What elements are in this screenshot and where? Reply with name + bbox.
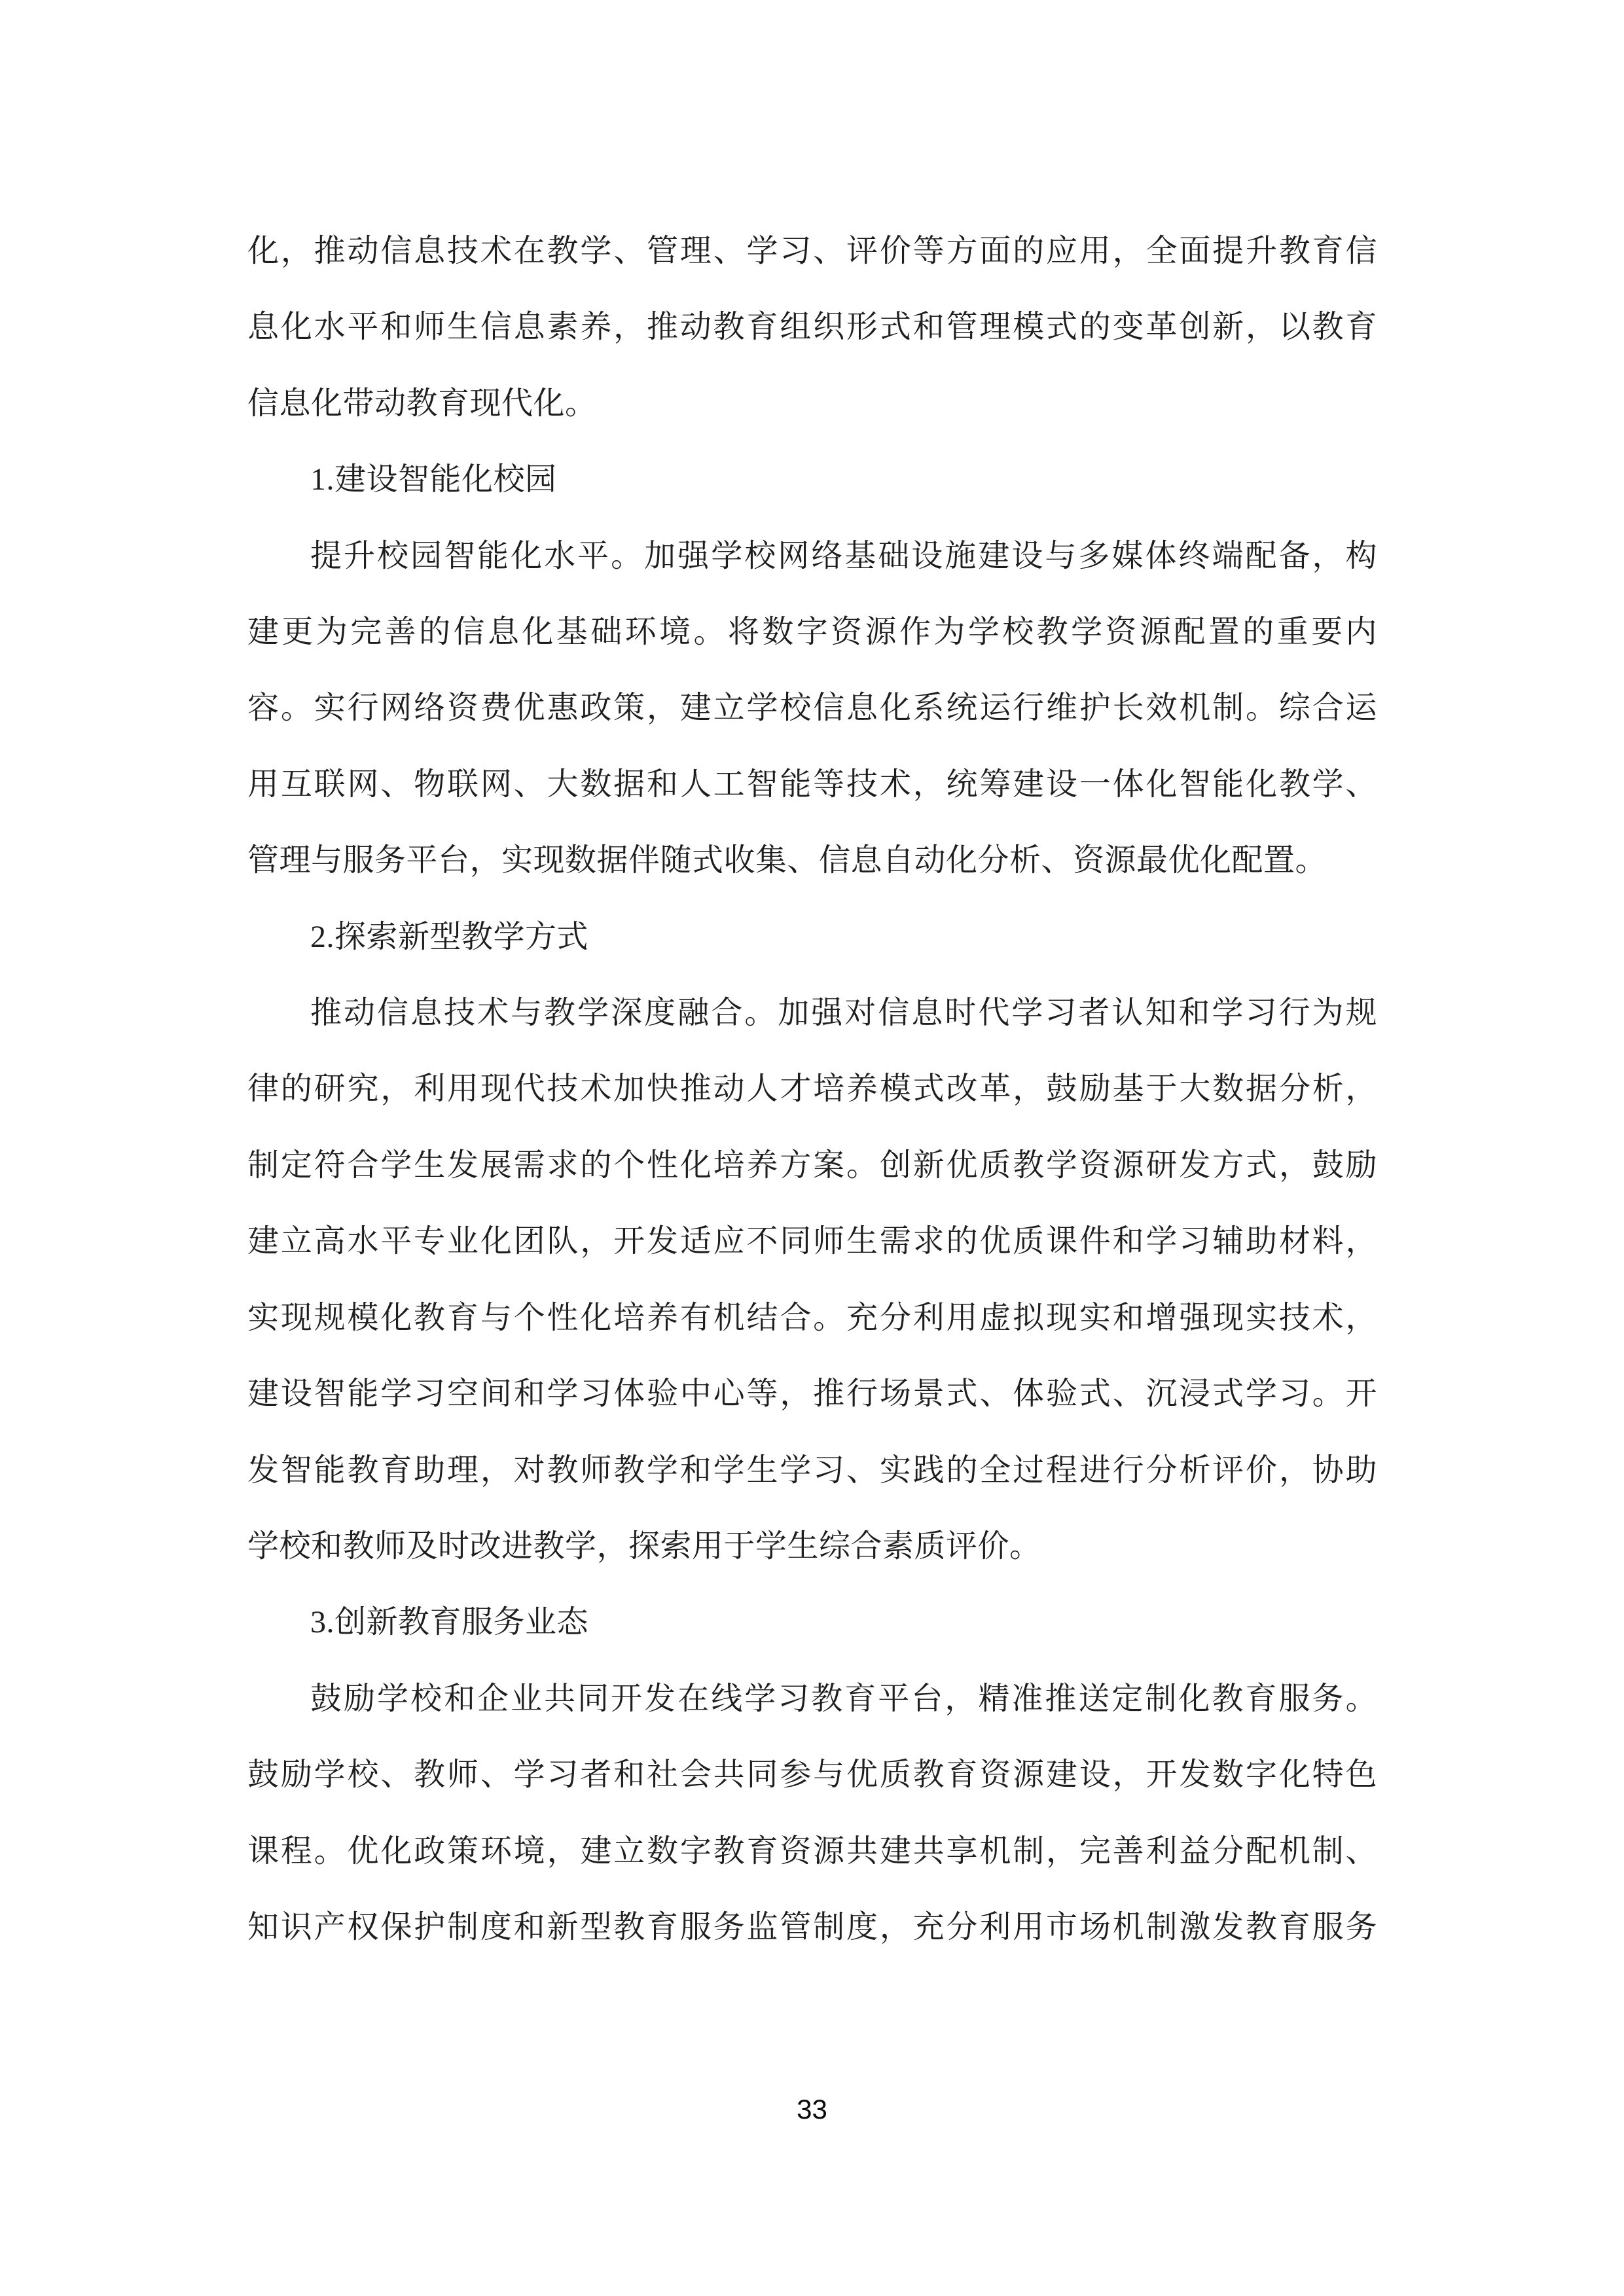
text-block: 化，推动信息技术在教学、管理、学习、评价等方面的应用，全面提升教育信息化水平和师… — [247, 213, 1377, 1965]
body-text-line: 容。实行网络资费优惠政策，建立学校信息化系统运行维护长效机制。综合运 — [247, 670, 1377, 746]
body-text-line: 用互联网、物联网、大数据和人工智能等技术，统筹建设一体化智能化教学、 — [247, 747, 1377, 823]
document-page: 化，推动信息技术在教学、管理、学习、评价等方面的应用，全面提升教育信息化水平和师… — [0, 0, 1624, 2296]
body-text-line: 课程。优化政策环境，建立数字教育资源共建共享机制，完善利益分配机制、 — [247, 1814, 1377, 1890]
body-text-line: 知识产权保护制度和新型教育服务监管制度，充分利用市场机制激发教育服务 — [247, 1890, 1377, 1965]
body-text-line: 实现规模化教育与个性化培养有机结合。充分利用虚拟现实和增强现实技术， — [247, 1280, 1377, 1356]
body-text-line: 推动信息技术与教学深度融合。加强对信息时代学习者认知和学习行为规 — [247, 975, 1377, 1051]
section-heading: 3.创新教育服务业态 — [247, 1585, 1377, 1660]
body-text-line: 学校和教师及时改进教学，探索用于学生综合素质评价。 — [247, 1509, 1377, 1585]
body-text-line: 发智能教育助理，对教师教学和学生学习、实践的全过程进行分析评价，协助 — [247, 1433, 1377, 1509]
body-text-line: 化，推动信息技术在教学、管理、学习、评价等方面的应用，全面提升教育信 — [247, 213, 1377, 289]
body-text-line: 建更为完善的信息化基础环境。将数字资源作为学校教学资源配置的重要内 — [247, 594, 1377, 670]
body-text-line: 鼓励学校和企业共同开发在线学习教育平台，精准推送定制化教育服务。 — [247, 1661, 1377, 1737]
body-text-line: 制定符合学生发展需求的个性化培养方案。创新优质教学资源研发方式，鼓励 — [247, 1128, 1377, 1204]
section-heading: 1.建设智能化校园 — [247, 442, 1377, 518]
body-text-line: 鼓励学校、教师、学习者和社会共同参与优质教育资源建设，开发数字化特色 — [247, 1737, 1377, 1813]
page-number: 33 — [0, 2093, 1624, 2126]
body-text-line: 信息化带动教育现代化。 — [247, 366, 1377, 442]
body-text-line: 建设智能学习空间和学习体验中心等，推行场景式、体验式、沉浸式学习。开 — [247, 1356, 1377, 1432]
section-heading: 2.探索新型教学方式 — [247, 899, 1377, 975]
body-text-line: 建立高水平专业化团队，开发适应不同师生需求的优质课件和学习辅助材料， — [247, 1204, 1377, 1280]
body-text-line: 管理与服务平台，实现数据伴随式收集、信息自动化分析、资源最优化配置。 — [247, 823, 1377, 899]
body-text-line: 律的研究，利用现代技术加快推动人才培养模式改革，鼓励基于大数据分析， — [247, 1051, 1377, 1127]
body-text-line: 息化水平和师生信息素养，推动教育组织形式和管理模式的变革创新，以教育 — [247, 289, 1377, 365]
body-text-line: 提升校园智能化水平。加强学校网络基础设施建设与多媒体终端配备，构 — [247, 518, 1377, 594]
